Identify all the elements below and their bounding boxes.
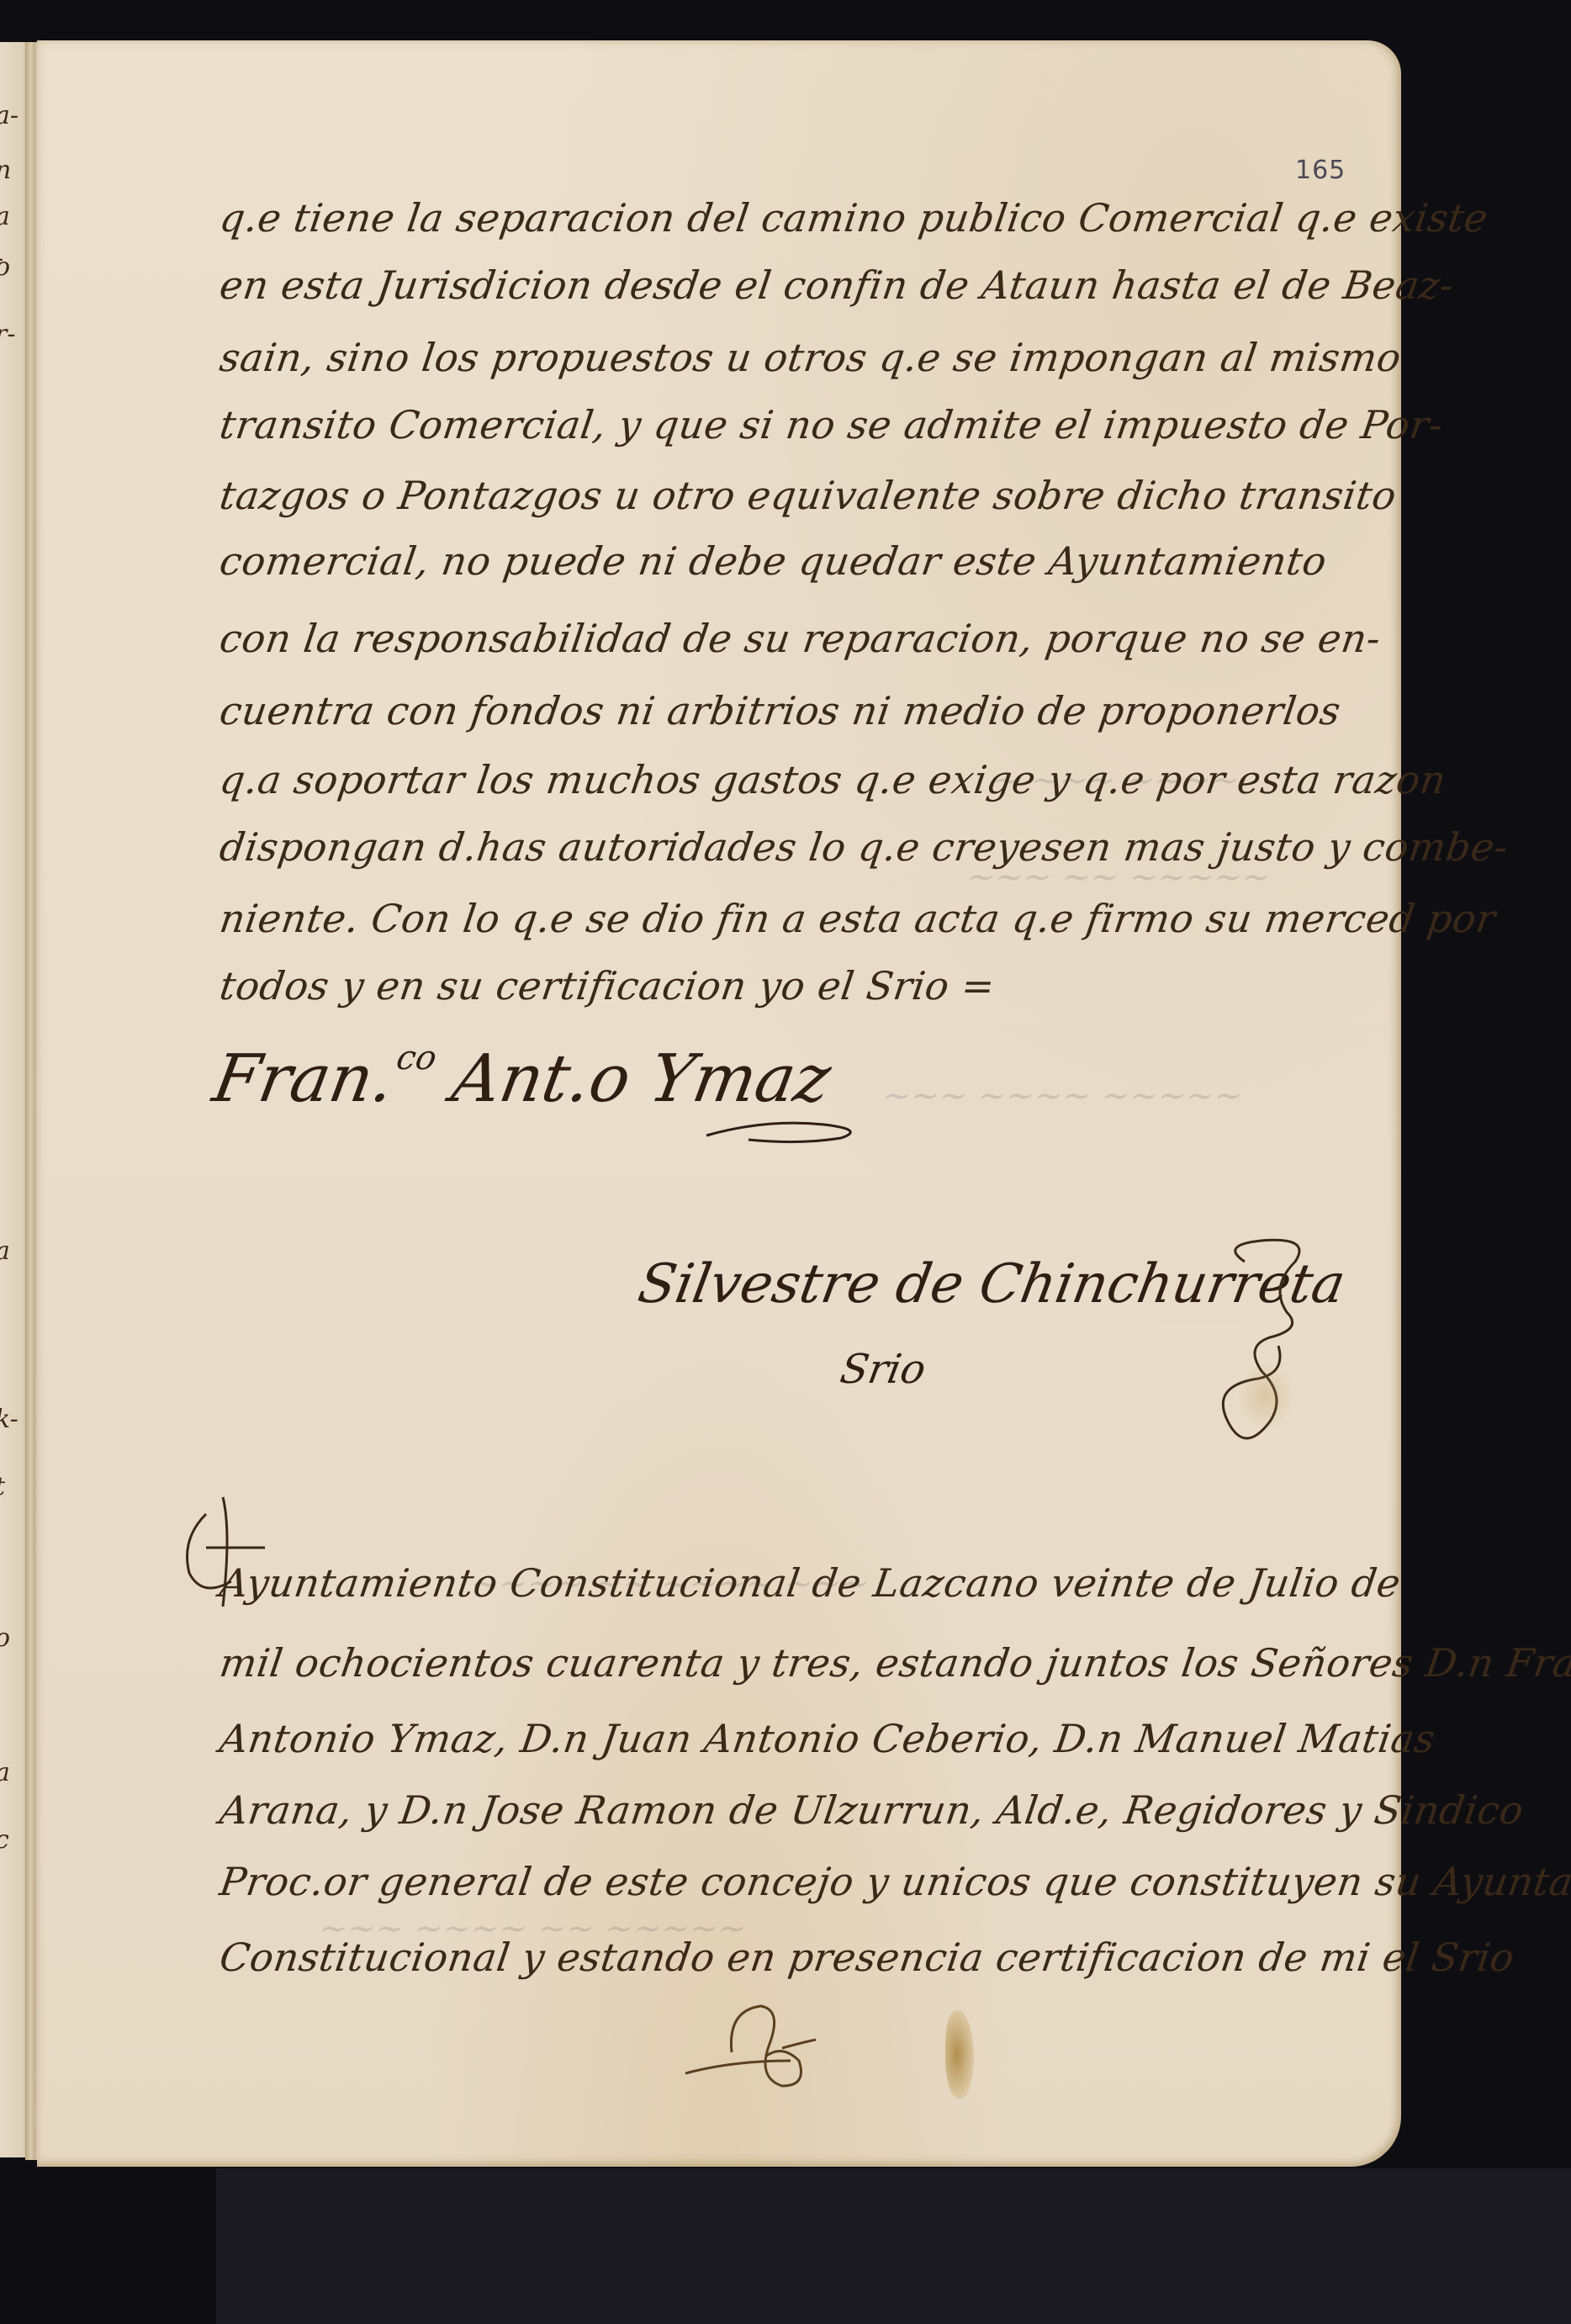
facing-page-fragment: c [0,1825,9,1855]
text-line: todos y en su certificacion yo el Srio = [217,963,1401,1008]
text-line: mil ochocientos cuarenta y tres, estando… [217,1640,1401,1686]
text-line: con la responsabilidad de su reparacion,… [217,616,1401,661]
facing-page-fragment: a [0,1758,10,1787]
text-line: Antonio Ymaz, D.n Juan Antonio Ceberio, … [217,1716,1401,1761]
text-line: niente. Con lo q.e se dio fin a esta act… [217,896,1401,941]
text-line: en esta Jurisdicion desde el confin de A… [217,262,1401,308]
text-line: sain, sino los propuestos u otros q.e se… [217,335,1401,380]
signature-superscript: co [394,1039,440,1077]
bottom-rubric-flourish [681,2002,849,2094]
facing-page-fragment: a- [0,101,19,130]
facing-page-fragment: k- [0,1405,19,1434]
text-line: transito Comercial, y que si no se admit… [217,402,1401,447]
signature-rest: Ant.o Ymaz [447,1041,836,1117]
facing-page-fragment: o [0,1623,10,1653]
text-line: Proc.or general de este concejo y unicos… [217,1859,1401,1904]
text-line: dispongan d.has autoridades lo q.e creye… [217,824,1401,870]
facing-page-edge: a- n a - o r- a k- t o a c [0,42,27,2157]
text-line: cuentra con fondos ni arbitrios ni medio… [217,688,1401,733]
paper-stain [1236,1363,1295,1430]
signature-title: Srio [837,1346,929,1393]
background-block [216,2168,1571,2324]
facing-page-fragment: t [0,1472,5,1501]
signature-ymaz: Fran.co Ant.o Ymaz [208,1039,837,1117]
text-line: tazgos o Pontazgos u otro equivalente so… [217,473,1401,518]
text-line: Constitucional y estando en presencia ce… [217,1935,1401,1980]
text-line: q.e tiene la separacion del camino publi… [217,195,1401,241]
facing-page-fragment: a [0,1236,10,1266]
signature-underline-flourish [698,1114,883,1148]
facing-page-fragment: n [0,156,11,185]
text-line: Arana, y D.n Jose Ramon de Ulzurrun, Ald… [217,1787,1401,1833]
text-line: q.a soportar los muchos gastos q.e exige… [217,757,1401,802]
facing-page-fragment: o [0,252,10,282]
text-line: comercial, no puede ni debe quedar este … [217,538,1401,584]
signature-first-name: Fran. [208,1041,400,1117]
folio-number: 165 [1295,156,1346,185]
text-line: Ayuntamiento Constitucional de Lazcano v… [217,1560,1401,1606]
facing-page-fragment: r- [0,320,15,349]
facing-page-fragment: a [0,202,10,231]
bleed-through-text: ~~~ ~~~~ ~~~~~ [879,1077,1246,1115]
